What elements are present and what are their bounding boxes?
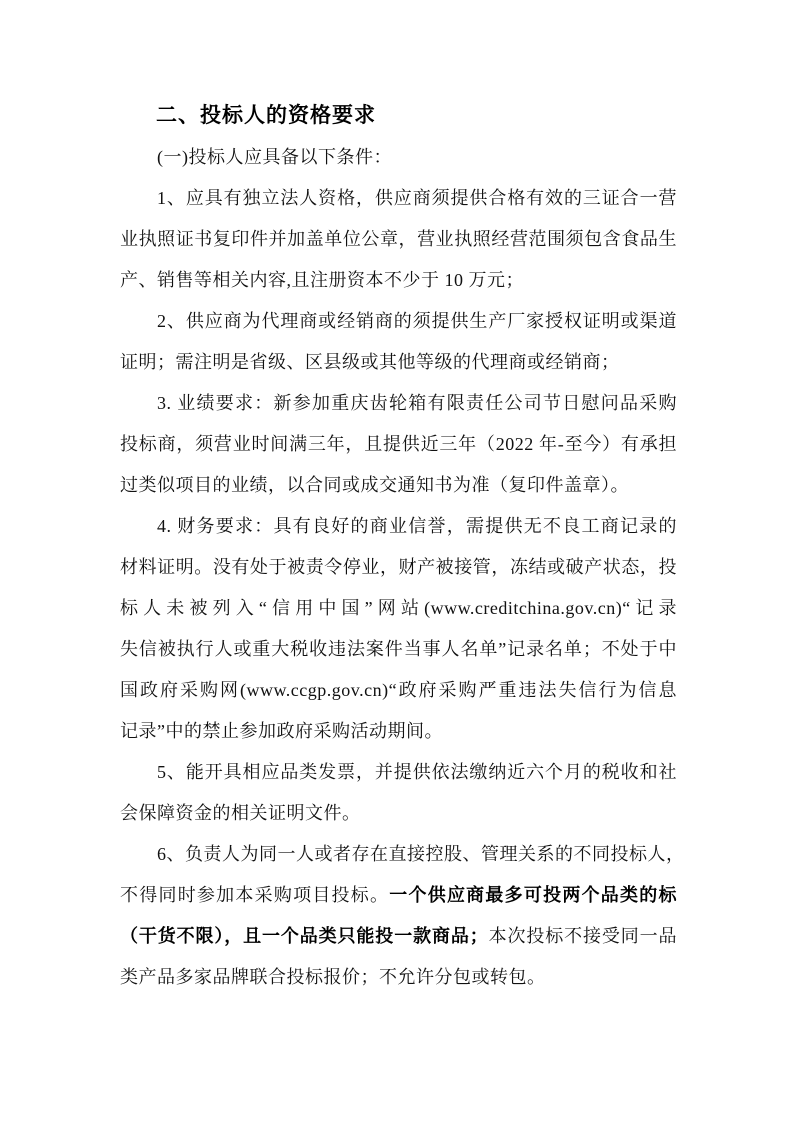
text-line: 国政府采购网(www.ccgp.gov.cn)“政府采购严重违法失信行为信息 bbox=[120, 670, 677, 711]
text-line: 过类似项目的业绩，以合同或成交通知书为准（复印件盖章）。 bbox=[120, 465, 677, 506]
text-line: 6、负责人为同一人或者存在直接控股、管理关系的不同投标人， bbox=[120, 834, 677, 875]
text-run: 4. 财务要求：具有良好的商业信誉，需提供无不良工商记录的 bbox=[157, 516, 677, 536]
text-line: 失信被执行人或重大税收违法案件当事人名单”记录名单；不处于中 bbox=[120, 629, 677, 670]
text-run: (一)投标人应具备以下条件： bbox=[157, 147, 392, 167]
text-run: 投标商，须营业时间满三年，且提供近三年（2022 年-至今）有承担 bbox=[120, 434, 677, 454]
text-line: 产、销售等相关内容,且注册资本不少于 10 万元； bbox=[120, 260, 677, 301]
text-line: 1、应具有独立法人资格，供应商须提供合格有效的三证合一营 bbox=[120, 178, 677, 219]
text-line: 不得同时参加本采购项目投标。一个供应商最多可投两个品类的标 bbox=[120, 875, 677, 916]
text-line: 2、供应商为代理商或经销商的须提供生产厂家授权证明或渠道 bbox=[120, 301, 677, 342]
text-line: 记录”中的禁止参加政府采购活动期间。 bbox=[120, 711, 677, 752]
text-run: 1、应具有独立法人资格，供应商须提供合格有效的三证合一营 bbox=[157, 188, 677, 208]
section-heading: 二、投标人的资格要求 bbox=[120, 95, 677, 137]
text-run-bold: 一个供应商最多可投两个品类的标 bbox=[389, 885, 677, 905]
text-line: 投标商，须营业时间满三年，且提供近三年（2022 年-至今）有承担 bbox=[120, 424, 677, 465]
text-line: 标人未被列入“信用中国”网站(www.creditchina.gov.cn)“记… bbox=[120, 588, 677, 629]
text-line: 4. 财务要求：具有良好的商业信誉，需提供无不良工商记录的 bbox=[120, 506, 677, 547]
text-line: (一)投标人应具备以下条件： bbox=[120, 137, 677, 178]
text-run: 会保障资金的相关证明文件。 bbox=[120, 803, 361, 823]
text-run: 产、销售等相关内容,且注册资本不少于 10 万元； bbox=[120, 270, 524, 290]
text-line: 会保障资金的相关证明文件。 bbox=[120, 793, 677, 834]
text-run: 3. 业绩要求：新参加重庆齿轮箱有限责任公司节日慰问品采购 bbox=[157, 393, 677, 413]
text-run: 5、能开具相应品类发票，并提供依法缴纳近六个月的税收和社 bbox=[157, 762, 677, 782]
document-body: 二、投标人的资格要求 (一)投标人应具备以下条件：1、应具有独立法人资格，供应商… bbox=[120, 95, 677, 998]
document-lines: (一)投标人应具备以下条件：1、应具有独立法人资格，供应商须提供合格有效的三证合… bbox=[120, 137, 677, 998]
text-run: 失信被执行人或重大税收违法案件当事人名单”记录名单；不处于中 bbox=[120, 639, 677, 659]
text-run: 本次投标不接受同一品 bbox=[488, 926, 677, 946]
text-run: 不得同时参加本采购项目投标。 bbox=[120, 885, 389, 905]
document-page: 二、投标人的资格要求 (一)投标人应具备以下条件：1、应具有独立法人资格，供应商… bbox=[0, 0, 793, 1122]
text-line: 材料证明。没有处于被责令停业，财产被接管，冻结或破产状态，投 bbox=[120, 547, 677, 588]
text-line: 业执照证书复印件并加盖单位公章，营业执照经营范围须包含食品生 bbox=[120, 219, 677, 260]
text-run-bold: （干货不限），且一个品类只能投一款商品； bbox=[120, 926, 488, 946]
text-line: 3. 业绩要求：新参加重庆齿轮箱有限责任公司节日慰问品采购 bbox=[120, 383, 677, 424]
text-line: （干货不限），且一个品类只能投一款商品；本次投标不接受同一品 bbox=[120, 916, 677, 957]
text-run: 标人未被列入“信用中国”网站(www.creditchina.gov.cn)“记… bbox=[120, 598, 677, 618]
text-run: 证明；需注明是省级、区县级或其他等级的代理商或经销商； bbox=[120, 352, 620, 372]
text-line: 5、能开具相应品类发票，并提供依法缴纳近六个月的税收和社 bbox=[120, 752, 677, 793]
text-run: 类产品多家品牌联合投标报价；不允许分包或转包。 bbox=[120, 967, 546, 987]
text-run: 国政府采购网(www.ccgp.gov.cn)“政府采购严重违法失信行为信息 bbox=[120, 680, 677, 700]
text-line: 类产品多家品牌联合投标报价；不允许分包或转包。 bbox=[120, 957, 677, 998]
text-line: 证明；需注明是省级、区县级或其他等级的代理商或经销商； bbox=[120, 342, 677, 383]
text-run: 材料证明。没有处于被责令停业，财产被接管，冻结或破产状态，投 bbox=[120, 557, 677, 577]
text-run: 6、负责人为同一人或者存在直接控股、管理关系的不同投标人， bbox=[157, 844, 685, 864]
text-run: 过类似项目的业绩，以合同或成交通知书为准（复印件盖章）。 bbox=[120, 475, 629, 495]
text-run: 业执照证书复印件并加盖单位公章，营业执照经营范围须包含食品生 bbox=[120, 229, 677, 249]
text-run: 2、供应商为代理商或经销商的须提供生产厂家授权证明或渠道 bbox=[157, 311, 677, 331]
text-run: 记录”中的禁止参加政府采购活动期间。 bbox=[120, 721, 443, 741]
